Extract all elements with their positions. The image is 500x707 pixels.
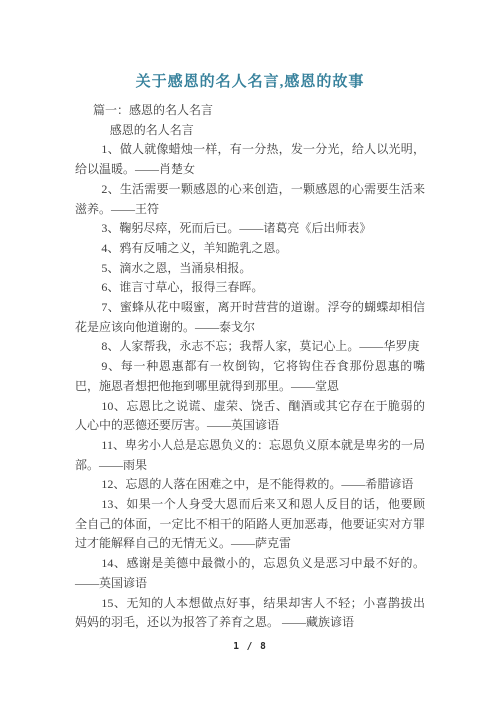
quote-paragraph: 14、感谢是美德中最微小的，忘恩负义是恶习中最不好的。——英国谚语 [75, 554, 425, 593]
quote-paragraph: 5、滴水之恩，当涌泉相报。 [75, 259, 425, 279]
quote-paragraph: 12、忘恩的人落在困难之中，是不能得救的。——希腊谚语 [75, 475, 425, 495]
quote-paragraph: 10、忘恩比之说谎、虚荣、饶舌、酗酒或其它存在于脆弱的人心中的恶德还要厉害。——… [75, 397, 425, 436]
quote-paragraph: 6、谁言寸草心，报得三春晖。 [75, 278, 425, 298]
quote-paragraph: 9、每一种恩惠都有一枚倒钩，它将钩住吞食那份恩惠的嘴巴，施恩者想把他拖到哪里就得… [75, 357, 425, 396]
quote-paragraph: 3、鞠躬尽瘁，死而后已。——诸葛亮《后出师表》 [75, 219, 425, 239]
page-number: 1 / 8 [0, 641, 500, 652]
quote-paragraph: 8、人家帮我，永志不忘；我帮人家，莫记心上。——华罗庚 [75, 337, 425, 357]
quote-paragraph: 13、如果一个人身受大恩而后来又和恩人反目的话，他要顾全自己的体面，一定比不相干… [75, 495, 425, 554]
quote-paragraph: 1、做人就像蜡烛一样，有一分热，发一分光，给人以光明，给以温暖。——肖楚女 [75, 140, 425, 179]
document-body: 篇一：感恩的名人名言 感恩的名人名言 1、做人就像蜡烛一样，有一分热，发一分光，… [75, 101, 425, 633]
subheading: 感恩的名人名言 [75, 121, 425, 141]
section-heading: 篇一：感恩的名人名言 [75, 101, 425, 121]
quote-paragraph: 4、鸦有反哺之义，羊知跪乳之恩。 [75, 239, 425, 259]
document-title: 关于感恩的名人名言,感恩的故事 [0, 0, 500, 92]
quote-paragraph: 15、无知的人本想做点好事，结果却害人不轻；小喜鹊拔出妈妈的羽毛，还以为报答了养… [75, 594, 425, 633]
quote-paragraph: 2、生活需要一颗感恩的心来创造，一颗感恩的心需要生活来滋养。——王符 [75, 180, 425, 219]
quote-paragraph: 11、卑劣小人总是忘恩负义的：忘恩负义原本就是卑劣的一局部。——雨果 [75, 436, 425, 475]
quote-paragraph: 7、蜜蜂从花中啜蜜，离开时营营的道谢。浮夸的蝴蝶却相信花是应该向他道谢的。——泰… [75, 298, 425, 337]
document-page: 关于感恩的名人名言,感恩的故事 篇一：感恩的名人名言 感恩的名人名言 1、做人就… [0, 0, 500, 707]
